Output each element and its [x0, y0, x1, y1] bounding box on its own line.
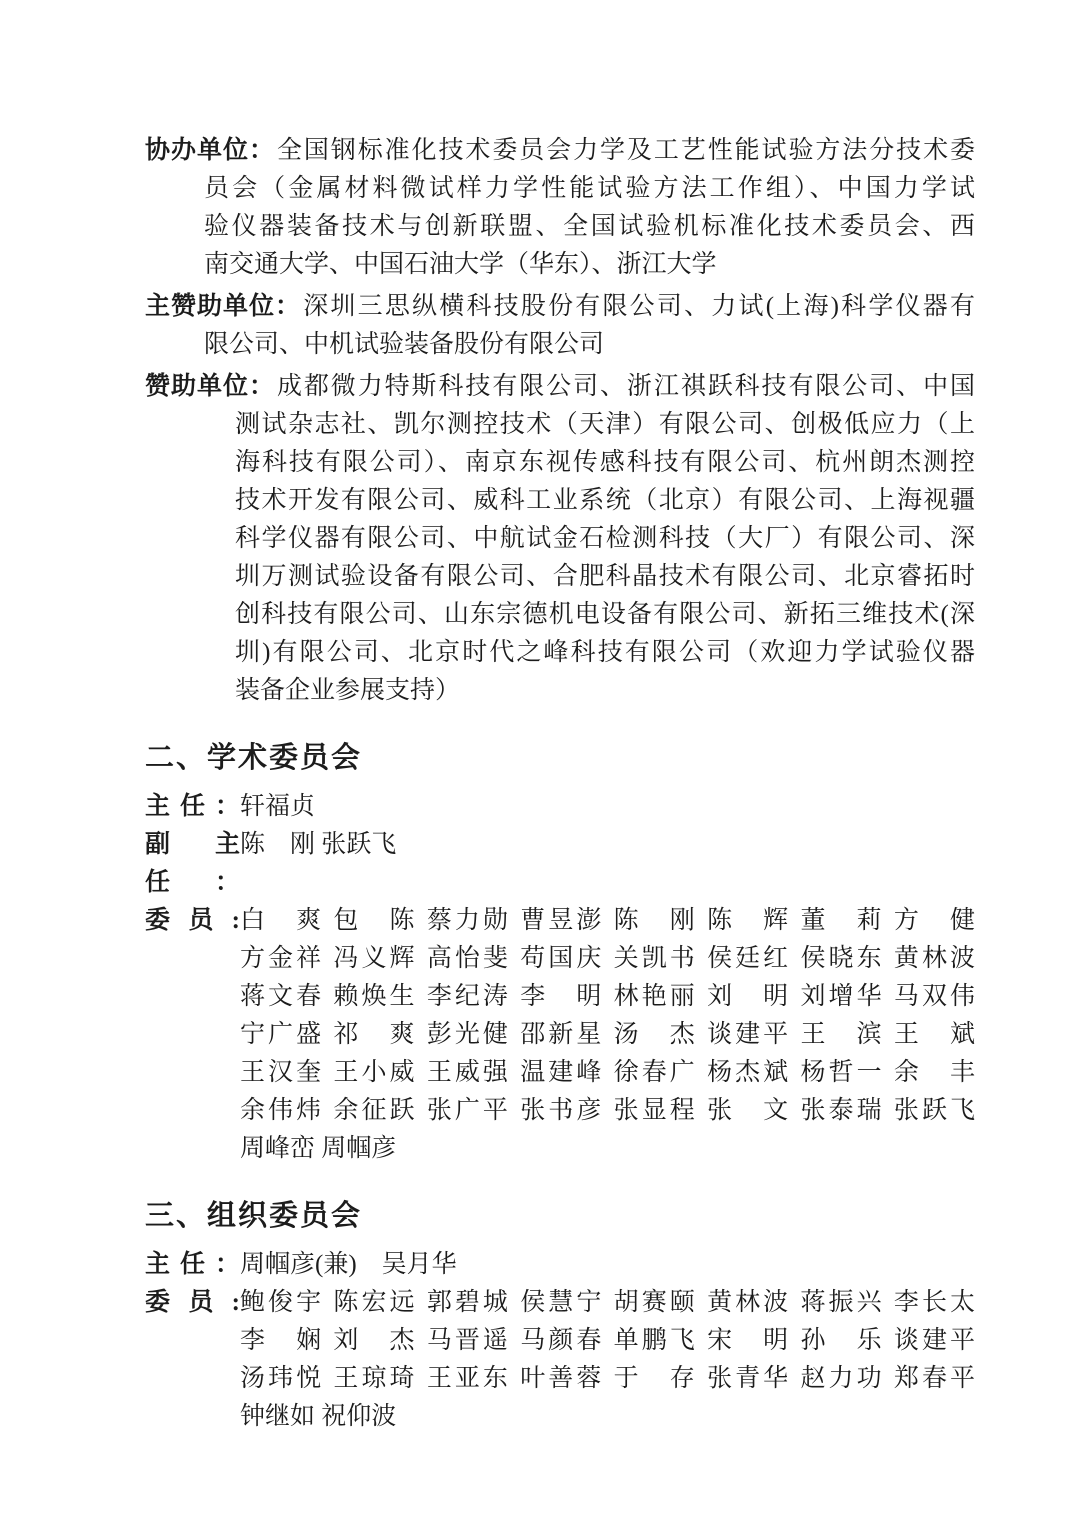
section-heading-academic-committee: 二、学术委员会 [145, 734, 975, 782]
name-line: 白 爽 包 陈 蔡力勋 曹昱澎 陈 刚 陈 辉 董 莉 方 健 [240, 902, 975, 940]
para-label: 赞助单位： [145, 368, 275, 406]
para-coorganizers: 协办单位：全国钢标准化技术委员会力学及工艺性能试验方法分技术委 员会（金属材料微… [145, 132, 975, 284]
para-line: 技术开发有限公司、威科工业系统（北京）有限公司、上海视疆 [145, 482, 975, 520]
para-line: 赞助单位：成都微力特斯科技有限公司、浙江祺跃科技有限公司、中国 [145, 368, 975, 406]
para-line: 员会（金属材料微试样力学性能试验方法工作组）、中国力学试 [145, 170, 975, 208]
name-line: 钟继如 祝仰波 [240, 1398, 975, 1436]
para-text: 深圳三思纵横科技股份有限公司、力试(上海)科学仪器有 [301, 293, 975, 320]
row-organizing-members: 委员: 鲍俊宇 陈宏远 郭碧城 侯慧宁 胡赛颐 黄林波 蒋振兴 李长太 李 娴 … [145, 1284, 975, 1436]
para-line: 验仪器装备技术与创新联盟、全国试验机标准化技术委员会、西 [145, 208, 975, 246]
row-names: 鲍俊宇 陈宏远 郭碧城 侯慧宁 胡赛颐 黄林波 蒋振兴 李长太 李 娴 刘 杰 … [240, 1284, 975, 1436]
para-line: 南交通大学、中国石油大学（华东）、浙江大学 [145, 246, 975, 284]
row-academic-chair: 主任： 轩福贞 [145, 788, 975, 826]
row-names: 陈 刚 张跃飞 [240, 826, 975, 864]
row-names: 轩福贞 [240, 788, 975, 826]
document-page: 协办单位：全国钢标准化技术委员会力学及工艺性能试验方法分技术委 员会（金属材料微… [0, 0, 1080, 1436]
row-names: 白 爽 包 陈 蔡力勋 曹昱澎 陈 刚 陈 辉 董 莉 方 健 方金祥 冯义辉 … [240, 902, 975, 1168]
name-line: 陈 刚 张跃飞 [240, 826, 975, 864]
para-line: 科学仪器有限公司、中航试金石检测科技（大厂）有限公司、深 [145, 520, 975, 558]
row-organizing-chairs: 主任： 周帼彦(兼) 吴月华 [145, 1246, 975, 1284]
name-line: 李 娴 刘 杰 马晋遥 马颜春 单鹏飞 宋 明 孙 乐 谈建平 [240, 1322, 975, 1360]
row-names: 周帼彦(兼) 吴月华 [240, 1246, 975, 1284]
row-label: 委员: [145, 902, 240, 940]
name-line: 余伟炜 余征跃 张广平 张书彦 张显程 张 文 张泰瑞 张跃飞 [240, 1092, 975, 1130]
row-label: 副主任： [145, 826, 240, 902]
para-line: 装备企业参展支持） [145, 672, 975, 710]
name-line: 蒋文春 赖焕生 李纪涛 李 明 林艳丽 刘 明 刘增华 马双伟 [240, 978, 975, 1016]
section-heading-organizing-committee: 三、组织委员会 [145, 1192, 975, 1240]
para-line: 限公司、中机试验装备股份有限公司 [145, 326, 975, 364]
name-line: 宁广盛 祁 爽 彭光健 邵新星 汤 杰 谈建平 王 滨 王 斌 [240, 1016, 975, 1054]
name-line: 周峰峦 周帼彦 [240, 1130, 975, 1168]
para-line: 海科技有限公司）、南京东视传感科技有限公司、杭州朗杰测控 [145, 444, 975, 482]
para-label: 协办单位： [145, 132, 275, 170]
para-main-sponsors: 主赞助单位：深圳三思纵横科技股份有限公司、力试(上海)科学仪器有 限公司、中机试… [145, 288, 975, 364]
para-line: 主赞助单位：深圳三思纵横科技股份有限公司、力试(上海)科学仪器有 [145, 288, 975, 326]
name-line: 方金祥 冯义辉 高怡斐 苟国庆 关凯书 侯廷红 侯晓东 黄林波 [240, 940, 975, 978]
para-label: 主赞助单位： [145, 288, 301, 326]
para-line: 圳)有限公司、北京时代之峰科技有限公司（欢迎力学试验仪器 [145, 634, 975, 672]
para-line: 测试杂志社、凯尔测控技术（天津）有限公司、创极低应力（上 [145, 406, 975, 444]
para-text: 全国钢标准化技术委员会力学及工艺性能试验方法分技术委 [275, 137, 975, 164]
para-line: 创科技有限公司、山东宗德机电设备有限公司、新拓三维技术(深 [145, 596, 975, 634]
name-line: 轩福贞 [240, 788, 975, 826]
row-academic-members: 委员: 白 爽 包 陈 蔡力勋 曹昱澎 陈 刚 陈 辉 董 莉 方 健 方金祥 … [145, 902, 975, 1168]
name-line: 王汉奎 王小威 王威强 温建峰 徐春广 杨杰斌 杨哲一 余 丰 [240, 1054, 975, 1092]
name-line: 汤玮悦 王琼琦 王亚东 叶善蓉 于 存 张青华 赵力功 郑春平 [240, 1360, 975, 1398]
para-line: 协办单位：全国钢标准化技术委员会力学及工艺性能试验方法分技术委 [145, 132, 975, 170]
para-line: 圳万测试验设备有限公司、合肥科晶技术有限公司、北京睿拓时 [145, 558, 975, 596]
row-academic-vice-chairs: 副主任： 陈 刚 张跃飞 [145, 826, 975, 902]
row-label: 主任： [145, 1246, 240, 1284]
row-label: 委员: [145, 1284, 240, 1322]
para-sponsors: 赞助单位：成都微力特斯科技有限公司、浙江祺跃科技有限公司、中国 测试杂志社、凯尔… [145, 368, 975, 710]
name-line: 鲍俊宇 陈宏远 郭碧城 侯慧宁 胡赛颐 黄林波 蒋振兴 李长太 [240, 1284, 975, 1322]
name-line: 周帼彦(兼) 吴月华 [240, 1246, 975, 1284]
para-text: 成都微力特斯科技有限公司、浙江祺跃科技有限公司、中国 [275, 373, 975, 400]
row-label: 主任： [145, 788, 240, 826]
